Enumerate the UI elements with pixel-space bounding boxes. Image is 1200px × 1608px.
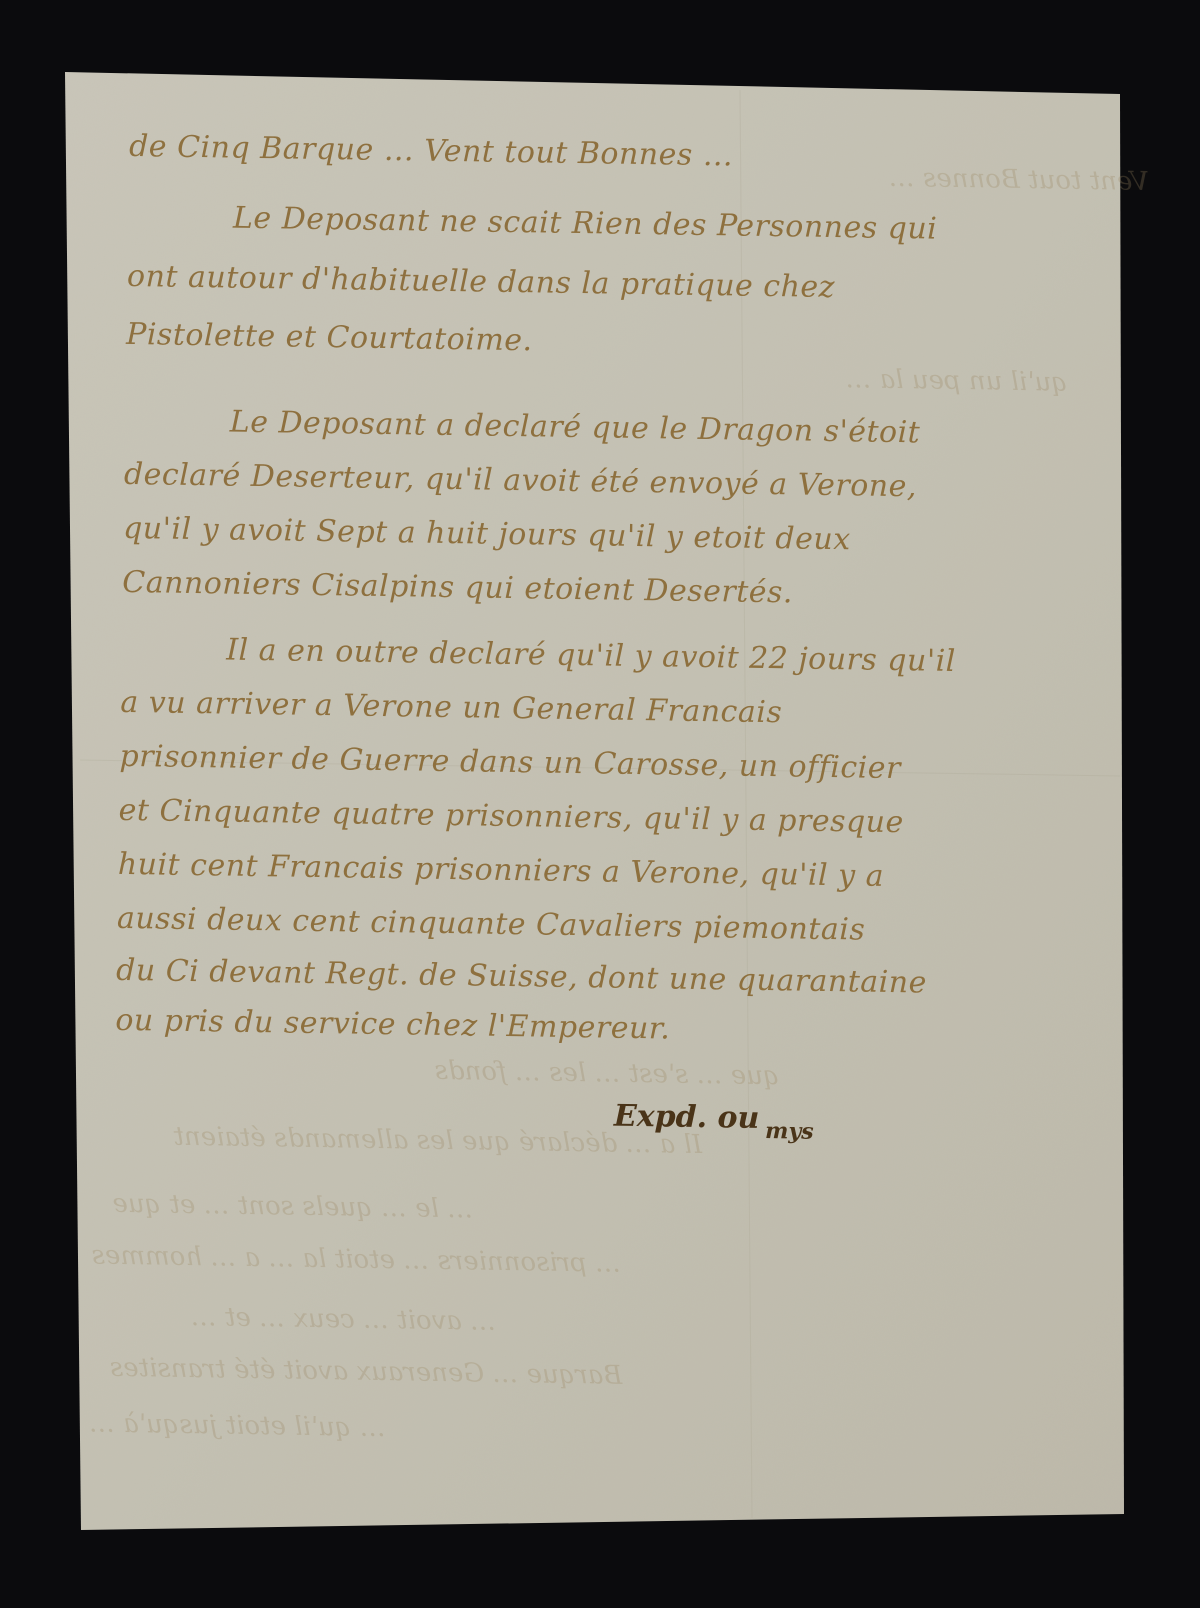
- manuscript-line: ou pris du service chez l'Empereur.: [115, 1003, 671, 1047]
- manuscript-line: huit cent Francais prisonniers a Verone,…: [118, 847, 885, 894]
- manuscript-line: Le Deposant a declaré que le Dragon s'ét…: [230, 405, 921, 451]
- manuscript-line: ont autour d'habituelle dans la pratique…: [127, 259, 835, 305]
- bleed-line: … prisonniers … etoit la … a … hommes: [91, 1240, 621, 1278]
- signature: Expd. oumys: [614, 1099, 814, 1137]
- manuscript-line: Cannoniers Cisalpins qui etoient Deserté…: [122, 565, 793, 611]
- manuscript-line: du Ci devant Regt. de Suisse, dont une q…: [116, 953, 927, 1001]
- bleed-line: Barque … Generaux avoit été transites: [110, 1353, 623, 1391]
- manuscript-line: de Cinq Barque … Vent tout Bonnes …: [129, 129, 734, 173]
- manuscript-line: Pistolette et Courtatoime.: [126, 317, 533, 358]
- bleed-line: … le … quels sont … et que: [112, 1189, 473, 1225]
- manuscript-line: prisonnier de Guerre dans un Carosse, un…: [119, 739, 901, 786]
- manuscript-line: a vu arriver a Verone un General Francai…: [120, 685, 782, 730]
- manuscript-line: aussi deux cent cinquante Cavaliers piem…: [117, 901, 866, 948]
- signature-text: Expd. ou: [614, 1099, 760, 1136]
- bleed-line: qu'il un peu la …: [845, 364, 1068, 397]
- manuscript-line: et Cinquante quatre prisonniers, qu'il y…: [118, 793, 904, 840]
- manuscript-sheet: Vent tout Bonnes … qu'il un peu la … que…: [0, 0, 1200, 1608]
- manuscript-line: Il a en outre declaré qu'il y avoit 22 j…: [226, 633, 956, 679]
- bleed-line: que … s'est … les … fonds: [434, 1056, 780, 1091]
- bleed-line: … qu'il etoit jusqu'à …: [89, 1408, 386, 1443]
- manuscript-line: qu'il y avoit Sept a huit jours qu'il y …: [123, 511, 851, 557]
- manuscript-line: declaré Deserteur, qu'il avoit été envoy…: [124, 457, 917, 504]
- manuscript-body: Vent tout Bonnes … qu'il un peu la … que…: [47, 90, 1119, 1546]
- signature-suffix: mys: [765, 1118, 814, 1145]
- manuscript-line: Le Deposant ne scait Rien des Personnes …: [233, 201, 938, 247]
- bleed-line: Vent tout Bonnes …: [888, 163, 1148, 197]
- bleed-line: … avoit … ceux … et …: [191, 1302, 497, 1337]
